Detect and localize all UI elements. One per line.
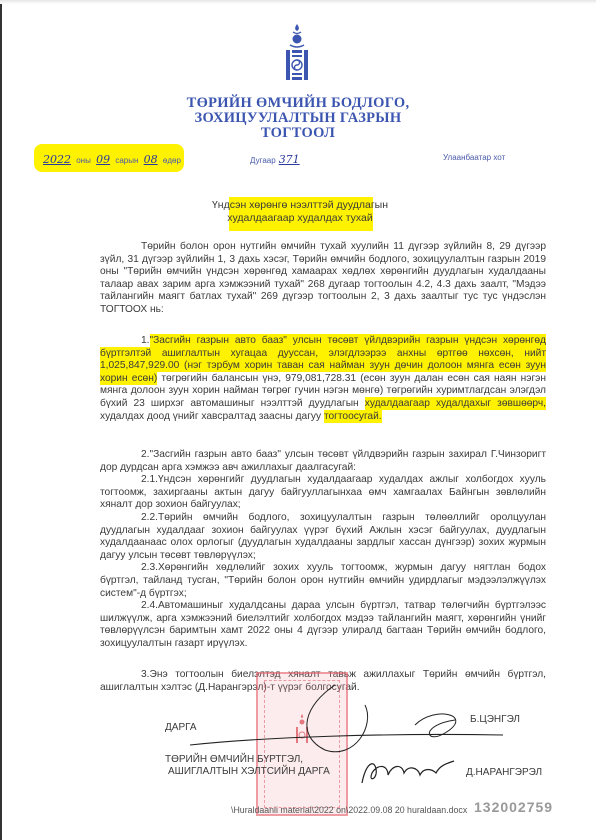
number-label: Дугаар: [250, 156, 276, 165]
clause-1-highlight-b: худалдаагаар худалдахыг зөвшөөрч,: [365, 397, 546, 410]
soyombo-emblem-icon: [282, 24, 312, 86]
day-value: 08: [141, 153, 161, 166]
file-path: \Huraldaanii material\2022 on\2022.09.08…: [231, 805, 467, 815]
document-date: 2022 оны 09 сарын 08 өдөр: [40, 153, 181, 166]
head-signature-icon: [358, 755, 458, 789]
clause-1-number: 1.: [141, 335, 150, 346]
number-value: 371: [276, 153, 303, 166]
org-title-line2: ЗОХИЦУУЛАЛТЫН ГАЗРЫН: [0, 111, 596, 126]
day-label: өдөр: [163, 156, 181, 165]
barcode-number: 132002759: [474, 799, 553, 815]
clause-2: 2."Засгийн газрын авто бааз" улсын төсөв…: [100, 449, 546, 651]
subject-line2: худалдаагаар худалдах тухай: [200, 212, 400, 225]
scan-shade: [0, 0, 596, 4]
clause-2-2: 2.2.Төрийн өмчийн бодлого, зохицуулалтын…: [100, 512, 546, 562]
month-label: сарын: [115, 156, 138, 165]
head-title-line1: ТӨРИЙН ӨМЧИЙН БҮРТГЭЛ,: [165, 754, 303, 765]
org-title-line3: ТОГТООЛ: [0, 126, 596, 141]
clause-1: 1."Засгийн газрын авто бааз" улсын төсөв…: [100, 335, 546, 423]
city: Улаанбаатар хот: [443, 153, 505, 162]
year-label: оны: [76, 156, 91, 165]
subject-line1: Үндсэн хөрөнгө нээлттэй дуудлагын: [200, 199, 400, 212]
month-value: 09: [93, 153, 113, 166]
org-title-line1: ТӨРИЙН ӨМЧИЙН БОДЛОГО,: [0, 96, 596, 111]
clause-2-3: 2.3.Хөрөнгийн хөдлөлийг зохих хууль тогт…: [100, 562, 546, 600]
document-number: Дугаар371: [250, 153, 303, 166]
head-name: Д.НАРАНГЭРЭЛ: [466, 767, 542, 778]
clause-1-highlight-c: тогтоосугай.: [324, 410, 382, 423]
year-value: 2022: [40, 153, 74, 166]
clause-2-intro: 2."Засгийн газрын авто бааз" улсын төсөв…: [100, 449, 546, 474]
head-title-line2: АШИГЛАЛТЫН ХЭЛТСИЙН ДАРГА: [168, 766, 330, 777]
clause-2-1: 2.1.Үндсэн хөрөнгийг дуудлагын худалдааг…: [100, 474, 546, 512]
document-subject: Үндсэн хөрөнгө нээлттэй дуудлагын худалд…: [200, 199, 400, 225]
document-meta: 2022 оны 09 сарын 08 өдөр Дугаар371 Улаа…: [0, 148, 596, 170]
preamble: Төрийн болон орон нутгийн өмчийн тухай х…: [100, 241, 546, 317]
clause-2-4: 2.4.Автомашиныг худалдсаны дараа улсын б…: [100, 600, 546, 650]
clause-1-text-b: худалдах доод үнийг хавсралтад заасны да…: [100, 411, 324, 422]
